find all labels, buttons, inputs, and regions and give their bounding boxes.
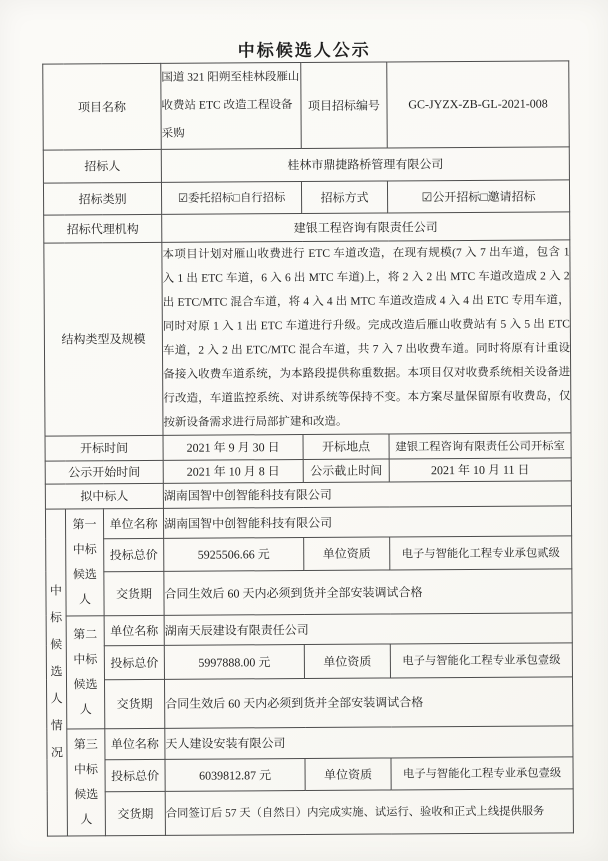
project-name-label: 项目名称 — [43, 63, 162, 149]
candidates-side-label: 中标候选人情况 — [45, 508, 67, 835]
candidate-3-bid-price-label: 投标总价 — [105, 759, 165, 791]
bid-open-place-label: 开标地点 — [303, 434, 389, 460]
structure-description: 本项目计划对雁山收费进行 ETC 车道改造，在现有规模(7 入 7 出车道，包含… — [162, 239, 571, 434]
announcement-table: 项目名称 国道 321 阳朔至桂林段雁山收费站 ETC 改造工程设备采购 项目招… — [42, 60, 574, 836]
candidate-2-unit-name-value: 湖南天辰建设有限责任公司 — [164, 612, 572, 644]
candidate-3-bid-price-value: 6039812.87 元 — [165, 758, 305, 791]
candidate-1-bid-price-value: 5925506.66 元 — [164, 537, 304, 571]
candidate-1-unit-name-label: 单位名称 — [103, 508, 163, 538]
bid-open-time-label: 开标时间 — [45, 435, 163, 461]
candidate-2-delivery-value: 合同生效后 60 天内必须到货并全部安装调试合格 — [165, 676, 573, 727]
candidate-2-delivery-label: 交货期 — [104, 679, 164, 728]
candidate-3-unit-name-value: 天人建设安装有限公司 — [165, 725, 573, 758]
candidate-3-delivery-label: 交货期 — [105, 791, 165, 835]
agency-value: 建银工程咨询有限责任公司 — [162, 211, 570, 241]
candidate-1-qualification-value: 电子与智能化工程专业承包贰级 — [390, 535, 572, 569]
tender-method-label: 招标方式 — [301, 181, 387, 214]
tenderer-value: 桂林市鼎捷路桥管理有限公司 — [161, 146, 569, 181]
candidate-3-qualification-label: 单位资质 — [305, 757, 391, 790]
publicity-end-label: 公示截止时间 — [303, 459, 389, 483]
document-scan: 中标候选人公示 项目名称 国道 321 阳朔至桂林段雁山收费站 ETC 改造工程… — [0, 0, 608, 63]
candidate-3-unit-name-label: 单位名称 — [105, 728, 165, 759]
candidate-2-bid-price-label: 投标总价 — [104, 645, 164, 679]
candidate-3-rank: 第三中标候选人 — [67, 728, 106, 835]
tender-no-value: GC-JYZX-ZB-GL-2021-008 — [387, 61, 570, 148]
candidate-1-unit-name-value: 湖南国智中创智能科技有限公司 — [163, 505, 571, 537]
candidate-3-qualification-value: 电子与智能化工程专业承包壹级 — [391, 756, 573, 789]
proposed-winner-value: 湖南国智中创智能科技有限公司 — [163, 480, 571, 507]
tenderer-label: 招标人 — [43, 149, 161, 183]
scanned-page: 中标候选人公示 项目名称 国道 321 阳朔至桂林段雁山收费站 ETC 改造工程… — [0, 0, 608, 861]
candidate-2-qualification-label: 单位资质 — [304, 643, 390, 678]
bid-open-place-value: 建银工程咨询有限责任公司开标室 — [389, 432, 571, 458]
candidate-1-qualification-label: 单位资质 — [304, 537, 390, 571]
page-title: 中标候选人公示 — [0, 34, 608, 63]
project-name-value: 国道 321 阳朔至桂林段雁山收费站 ETC 改造工程设备采购 — [161, 63, 302, 149]
structure-label: 结构类型及规模 — [44, 242, 163, 436]
candidate-2-rank: 第二中标候选人 — [66, 615, 105, 728]
publicity-end-value: 2021 年 10 月 11 日 — [389, 457, 571, 481]
candidate-1-rank: 第一中标候选人 — [65, 508, 104, 615]
tender-no-label: 项目招标编号 — [301, 62, 388, 148]
publicity-start-value: 2021 年 10 月 8 日 — [163, 459, 303, 483]
candidate-1-delivery-label: 交货期 — [104, 571, 164, 615]
candidate-2-bid-price-value: 5997888.00 元 — [164, 644, 304, 679]
proposed-winner-label: 拟中标人 — [45, 483, 163, 509]
publicity-start-label: 公示开始时间 — [45, 460, 163, 484]
bid-open-time-value: 2021 年 9 月 30 日 — [163, 434, 303, 460]
candidate-2-qualification-value: 电子与智能化工程专业承包壹级 — [390, 642, 572, 677]
candidate-2-unit-name-label: 单位名称 — [104, 615, 164, 645]
tender-category-checkboxes: ☑委托招标□自行招标 — [161, 181, 301, 214]
tender-category-label: 招标类别 — [43, 182, 161, 215]
candidate-1-delivery-value: 合同生效后 60 天内必须到货并全部安装调试合格 — [164, 568, 572, 614]
candidate-3-delivery-value: 合同签订后 57 天（自然日）内完成实施、试运行、验收和正式上线提供服务 — [165, 788, 573, 834]
agency-label: 招标代理机构 — [44, 214, 162, 243]
tender-method-checkboxes: ☑公开招标□邀请招标 — [387, 179, 569, 212]
candidate-1-bid-price-label: 投标总价 — [104, 538, 164, 571]
